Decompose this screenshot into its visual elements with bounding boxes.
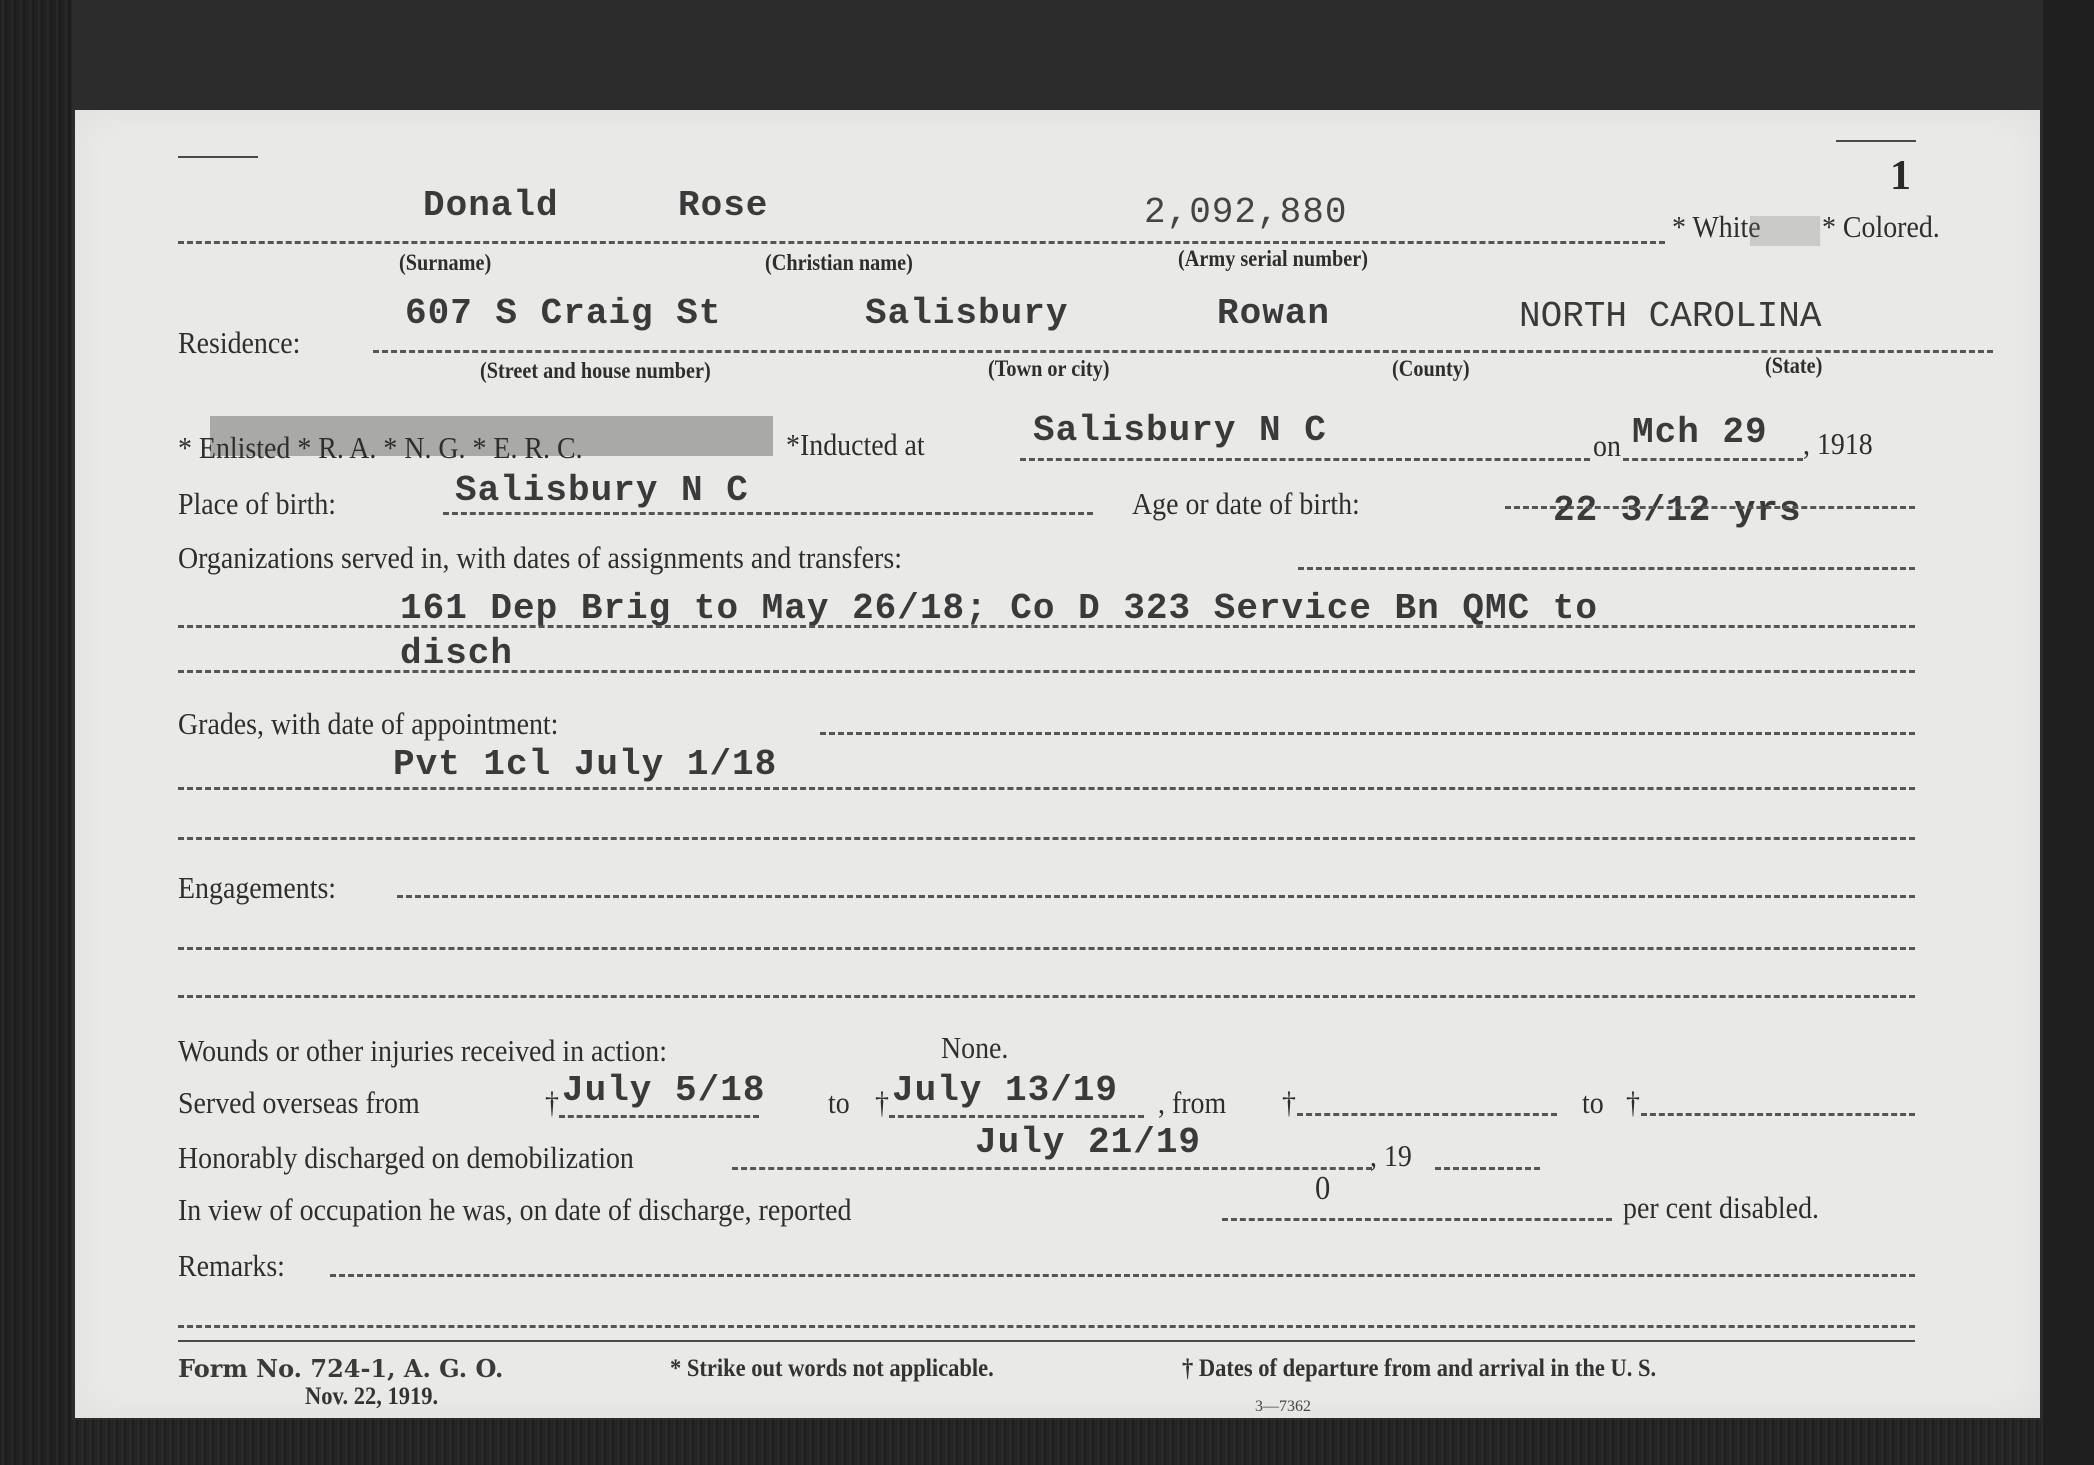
organizations-line-2-rule — [178, 670, 1915, 673]
christian-name-value: Rose — [678, 185, 768, 226]
bottom-border-background — [72, 1420, 2043, 1465]
grades-rule-2 — [178, 837, 1915, 840]
place-of-birth-value: Salisbury N C — [455, 470, 749, 511]
disability-line — [1222, 1218, 1612, 1221]
christian-name-label: (Christian name) — [765, 250, 913, 276]
dagger-mark-3: † — [1282, 1085, 1296, 1121]
overseas-from-line — [559, 1115, 759, 1118]
card-number: 1 — [1890, 152, 1911, 200]
overseas-from2-label: , from — [1158, 1085, 1226, 1121]
disability-suffix: per cent disabled. — [1623, 1190, 1819, 1226]
engagements-rule-1 — [397, 895, 1915, 898]
inducted-line — [1020, 458, 1590, 461]
place-of-birth-label: Place of birth: — [178, 486, 336, 522]
residence-label: Residence: — [178, 325, 300, 361]
discharge-year-line — [1435, 1167, 1540, 1170]
service-record-card: 1 Donald Rose 2,092,880 * White * Colore… — [75, 110, 2040, 1418]
residence-county: Rowan — [1217, 293, 1330, 334]
state-label: (State) — [1765, 353, 1822, 379]
place-of-birth-line — [443, 512, 1093, 515]
dagger-mark-1: † — [545, 1085, 559, 1121]
residence-street: 607 S Craig St — [405, 293, 721, 334]
inducted-at-label: *Inducted at — [786, 427, 925, 463]
residence-line — [373, 350, 1993, 353]
footer-separator — [178, 1340, 1915, 1342]
induction-date: Mch 29 — [1632, 412, 1768, 453]
organizations-line-1-rule — [178, 625, 1915, 628]
residence-town: Salisbury — [865, 293, 1068, 334]
disability-label: In view of occupation he was, on date of… — [178, 1192, 852, 1228]
discharge-year-label: , 19 — [1370, 1138, 1412, 1174]
residence-state: NORTH CAROLINA — [1519, 296, 1821, 337]
serial-number-label: (Army serial number) — [1178, 246, 1368, 272]
right-border-background — [2043, 0, 2094, 1465]
surname-label: (Surname) — [399, 250, 491, 276]
disability-value: 0 — [1315, 1170, 1330, 1208]
strike-out-note: * Strike out words not applicable. — [670, 1355, 994, 1383]
wounds-label: Wounds or other injuries received in act… — [178, 1033, 667, 1069]
overseas-to2-line — [1641, 1113, 1915, 1116]
engagements-label: Engagements: — [178, 870, 336, 906]
grades-label: Grades, with date of appointment: — [178, 706, 558, 742]
organizations-line-2: disch — [400, 633, 513, 674]
overseas-to-label: to — [828, 1085, 850, 1121]
discharge-date-line — [732, 1167, 1372, 1170]
serial-number-value: 2,092,880 — [1144, 192, 1347, 233]
discharge-label: Honorably discharged on demobilization — [178, 1140, 634, 1176]
grades-value: Pvt 1cl July 1/18 — [393, 744, 777, 785]
discharge-date: July 21/19 — [975, 1122, 1201, 1163]
overseas-from2-line — [1297, 1113, 1557, 1116]
form-number: Form No. 724-1, A. G. O. — [178, 1354, 503, 1383]
engagements-rule-2 — [178, 947, 1915, 950]
overseas-to-date: July 13/19 — [892, 1070, 1118, 1111]
top-right-rule — [1836, 140, 1916, 142]
top-left-rule — [178, 156, 258, 158]
organizations-line-1: 161 Dep Brig to May 26/18; Co D 323 Serv… — [400, 588, 1598, 629]
dagger-note: † Dates of departure from and arrival in… — [1182, 1355, 1656, 1383]
overseas-to-line — [889, 1115, 1144, 1118]
organizations-label-line — [1298, 567, 1915, 570]
induction-year: , 1918 — [1803, 426, 1873, 462]
served-overseas-label: Served overseas from — [178, 1085, 420, 1121]
remarks-label: Remarks: — [178, 1248, 285, 1284]
induction-date-line — [1623, 458, 1803, 461]
remarks-rule-2 — [178, 1325, 1915, 1328]
street-label: (Street and house number) — [480, 358, 711, 384]
race-white: * White — [1672, 209, 1761, 245]
enlisted-options: * Enlisted * R. A. * N. G. * E. R. C. — [178, 430, 583, 466]
overseas-to2-label: to — [1582, 1085, 1604, 1121]
town-label: (Town or city) — [988, 356, 1109, 382]
inducted-at-value: Salisbury N C — [1033, 410, 1327, 451]
age-value: 22 3/12 yrs — [1553, 490, 1802, 531]
race-colored: * Colored. — [1822, 209, 1940, 245]
grades-rule-1 — [178, 787, 1915, 790]
white-strike-mark — [1750, 216, 1820, 246]
age-line — [1505, 506, 1915, 509]
dagger-mark-4: † — [1626, 1085, 1640, 1121]
engagements-rule-3 — [178, 995, 1915, 998]
on-label: on — [1593, 428, 1621, 464]
print-code: 3—7362 — [1255, 1398, 1311, 1416]
form-date: Nov. 22, 1919. — [305, 1383, 438, 1411]
grades-label-line — [820, 732, 1915, 735]
overseas-from-date: July 5/18 — [562, 1070, 765, 1111]
name-line — [178, 241, 1665, 244]
left-border-background — [0, 0, 72, 1465]
surname-value: Donald — [423, 185, 559, 226]
wounds-value: None. — [941, 1030, 1008, 1066]
dagger-mark-2: † — [875, 1085, 889, 1121]
county-label: (County) — [1392, 356, 1470, 382]
organizations-label: Organizations served in, with dates of a… — [178, 540, 902, 576]
age-label: Age or date of birth: — [1132, 486, 1360, 522]
remarks-rule-1 — [330, 1274, 1915, 1277]
